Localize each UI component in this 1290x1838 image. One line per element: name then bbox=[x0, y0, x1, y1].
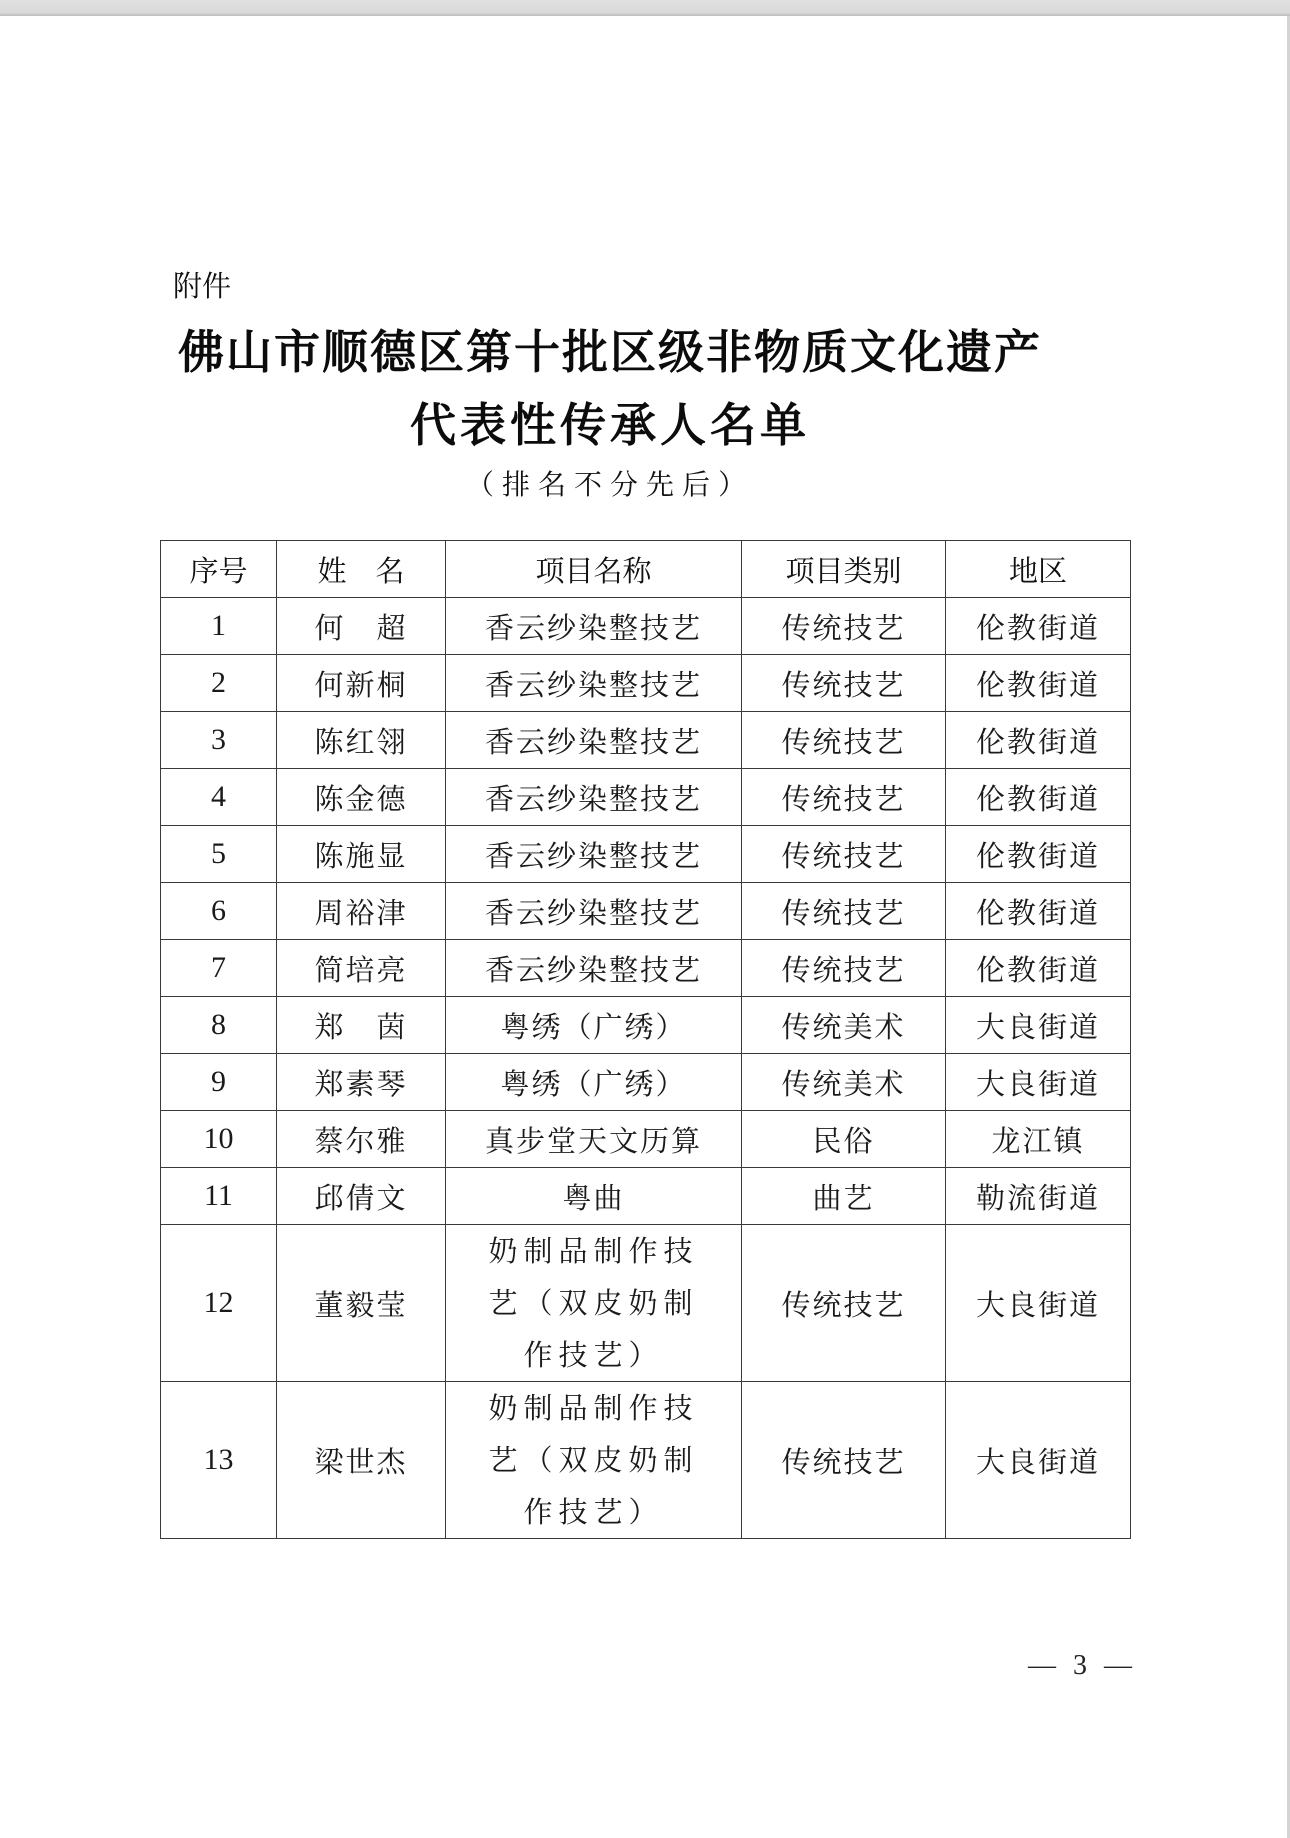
cell-region: 伦教街道 bbox=[946, 598, 1131, 655]
cell-seq: 2 bbox=[161, 655, 277, 712]
cell-category: 传统技艺 bbox=[742, 712, 946, 769]
cell-category: 传统技艺 bbox=[742, 826, 946, 883]
cell-category: 曲艺 bbox=[742, 1168, 946, 1225]
cell-region: 伦教街道 bbox=[946, 769, 1131, 826]
header-region: 地区 bbox=[946, 541, 1131, 598]
cell-project: 香云纱染整技艺 bbox=[446, 769, 742, 826]
table-row: 7简培亮香云纱染整技艺传统技艺伦教街道 bbox=[161, 940, 1131, 997]
table-row: 11邱倩文粤曲曲艺勒流街道 bbox=[161, 1168, 1131, 1225]
cell-region: 大良街道 bbox=[946, 1054, 1131, 1111]
header-category: 项目类别 bbox=[742, 541, 946, 598]
table-row: 13梁世杰奶制品制作技艺（双皮奶制作技艺）传统技艺大良街道 bbox=[161, 1382, 1131, 1539]
document-title-line1: 佛山市顺德区第十批区级非物质文化遗产 bbox=[0, 316, 1290, 382]
cell-name: 周裕津 bbox=[277, 883, 446, 940]
cell-category: 传统技艺 bbox=[742, 883, 946, 940]
cell-project: 香云纱染整技艺 bbox=[446, 883, 742, 940]
cell-category: 传统美术 bbox=[742, 997, 946, 1054]
document-title-line2: 代表性传承人名单 bbox=[0, 389, 1290, 455]
table-row: 9郑素琴粤绣（广绣）传统美术大良街道 bbox=[161, 1054, 1131, 1111]
cell-name: 陈红翎 bbox=[277, 712, 446, 769]
attachment-label: 附件 bbox=[173, 264, 231, 305]
cell-name: 梁世杰 bbox=[277, 1382, 446, 1539]
cell-name: 郑素琴 bbox=[277, 1054, 446, 1111]
cell-category: 民俗 bbox=[742, 1111, 946, 1168]
cell-name: 简培亮 bbox=[277, 940, 446, 997]
cell-name: 陈施显 bbox=[277, 826, 446, 883]
cell-project: 香云纱染整技艺 bbox=[446, 655, 742, 712]
cell-category: 传统技艺 bbox=[742, 769, 946, 826]
cell-project: 香云纱染整技艺 bbox=[446, 712, 742, 769]
cell-project: 真步堂天文历算 bbox=[446, 1111, 742, 1168]
cell-category: 传统技艺 bbox=[742, 598, 946, 655]
cell-name: 邱倩文 bbox=[277, 1168, 446, 1225]
cell-seq: 4 bbox=[161, 769, 277, 826]
cell-region: 龙江镇 bbox=[946, 1111, 1131, 1168]
table-row: 12董毅莹奶制品制作技艺（双皮奶制作技艺）传统技艺大良街道 bbox=[161, 1225, 1131, 1382]
table-row: 5陈施显香云纱染整技艺传统技艺伦教街道 bbox=[161, 826, 1131, 883]
table-row: 10蔡尔雅真步堂天文历算民俗龙江镇 bbox=[161, 1111, 1131, 1168]
table-row: 4陈金德香云纱染整技艺传统技艺伦教街道 bbox=[161, 769, 1131, 826]
cell-seq: 7 bbox=[161, 940, 277, 997]
header-seq: 序号 bbox=[161, 541, 277, 598]
cell-seq: 11 bbox=[161, 1168, 277, 1225]
cell-seq: 5 bbox=[161, 826, 277, 883]
cell-project: 粤绣（广绣） bbox=[446, 997, 742, 1054]
header-project: 项目名称 bbox=[446, 541, 742, 598]
cell-name: 郑 茵 bbox=[277, 997, 446, 1054]
cell-category: 传统技艺 bbox=[742, 1382, 946, 1539]
cell-project: 粤绣（广绣） bbox=[446, 1054, 742, 1111]
cell-seq: 3 bbox=[161, 712, 277, 769]
cell-region: 大良街道 bbox=[946, 997, 1131, 1054]
cell-category: 传统技艺 bbox=[742, 1225, 946, 1382]
cell-seq: 13 bbox=[161, 1382, 277, 1539]
cell-region: 勒流街道 bbox=[946, 1168, 1131, 1225]
cell-region: 伦教街道 bbox=[946, 655, 1131, 712]
cell-category: 传统技艺 bbox=[742, 940, 946, 997]
document-subtitle: （排名不分先后） bbox=[0, 463, 1290, 503]
cell-project: 粤曲 bbox=[446, 1168, 742, 1225]
table-row: 1何 超香云纱染整技艺传统技艺伦教街道 bbox=[161, 598, 1131, 655]
cell-project: 香云纱染整技艺 bbox=[446, 940, 742, 997]
cell-region: 伦教街道 bbox=[946, 712, 1131, 769]
table-row: 3陈红翎香云纱染整技艺传统技艺伦教街道 bbox=[161, 712, 1131, 769]
cell-project: 香云纱染整技艺 bbox=[446, 826, 742, 883]
cell-seq: 10 bbox=[161, 1111, 277, 1168]
cell-region: 大良街道 bbox=[946, 1225, 1131, 1382]
page-number: — 3 — bbox=[1020, 1650, 1140, 1682]
cell-region: 伦教街道 bbox=[946, 826, 1131, 883]
cell-project: 奶制品制作技艺（双皮奶制作技艺） bbox=[446, 1382, 742, 1539]
table-row: 6周裕津香云纱染整技艺传统技艺伦教街道 bbox=[161, 883, 1131, 940]
cell-name: 何新桐 bbox=[277, 655, 446, 712]
cell-region: 伦教街道 bbox=[946, 883, 1131, 940]
cell-seq: 8 bbox=[161, 997, 277, 1054]
cell-seq: 6 bbox=[161, 883, 277, 940]
cell-project: 香云纱染整技艺 bbox=[446, 598, 742, 655]
cell-project: 奶制品制作技艺（双皮奶制作技艺） bbox=[446, 1225, 742, 1382]
cell-name: 陈金德 bbox=[277, 769, 446, 826]
table-row: 2何新桐香云纱染整技艺传统技艺伦教街道 bbox=[161, 655, 1131, 712]
cell-seq: 9 bbox=[161, 1054, 277, 1111]
inheritor-table: 序号 姓 名 项目名称 项目类别 地区 1何 超香云纱染整技艺传统技艺伦教街道2… bbox=[160, 540, 1131, 1539]
viewer-top-bar bbox=[0, 0, 1290, 16]
header-name: 姓 名 bbox=[277, 541, 446, 598]
table-header-row: 序号 姓 名 项目名称 项目类别 地区 bbox=[161, 541, 1131, 598]
cell-region: 伦教街道 bbox=[946, 940, 1131, 997]
cell-seq: 12 bbox=[161, 1225, 277, 1382]
cell-name: 何 超 bbox=[277, 598, 446, 655]
cell-name: 董毅莹 bbox=[277, 1225, 446, 1382]
table-row: 8郑 茵粤绣（广绣）传统美术大良街道 bbox=[161, 997, 1131, 1054]
cell-region: 大良街道 bbox=[946, 1382, 1131, 1539]
cell-name: 蔡尔雅 bbox=[277, 1111, 446, 1168]
cell-seq: 1 bbox=[161, 598, 277, 655]
cell-category: 传统技艺 bbox=[742, 655, 946, 712]
cell-category: 传统美术 bbox=[742, 1054, 946, 1111]
